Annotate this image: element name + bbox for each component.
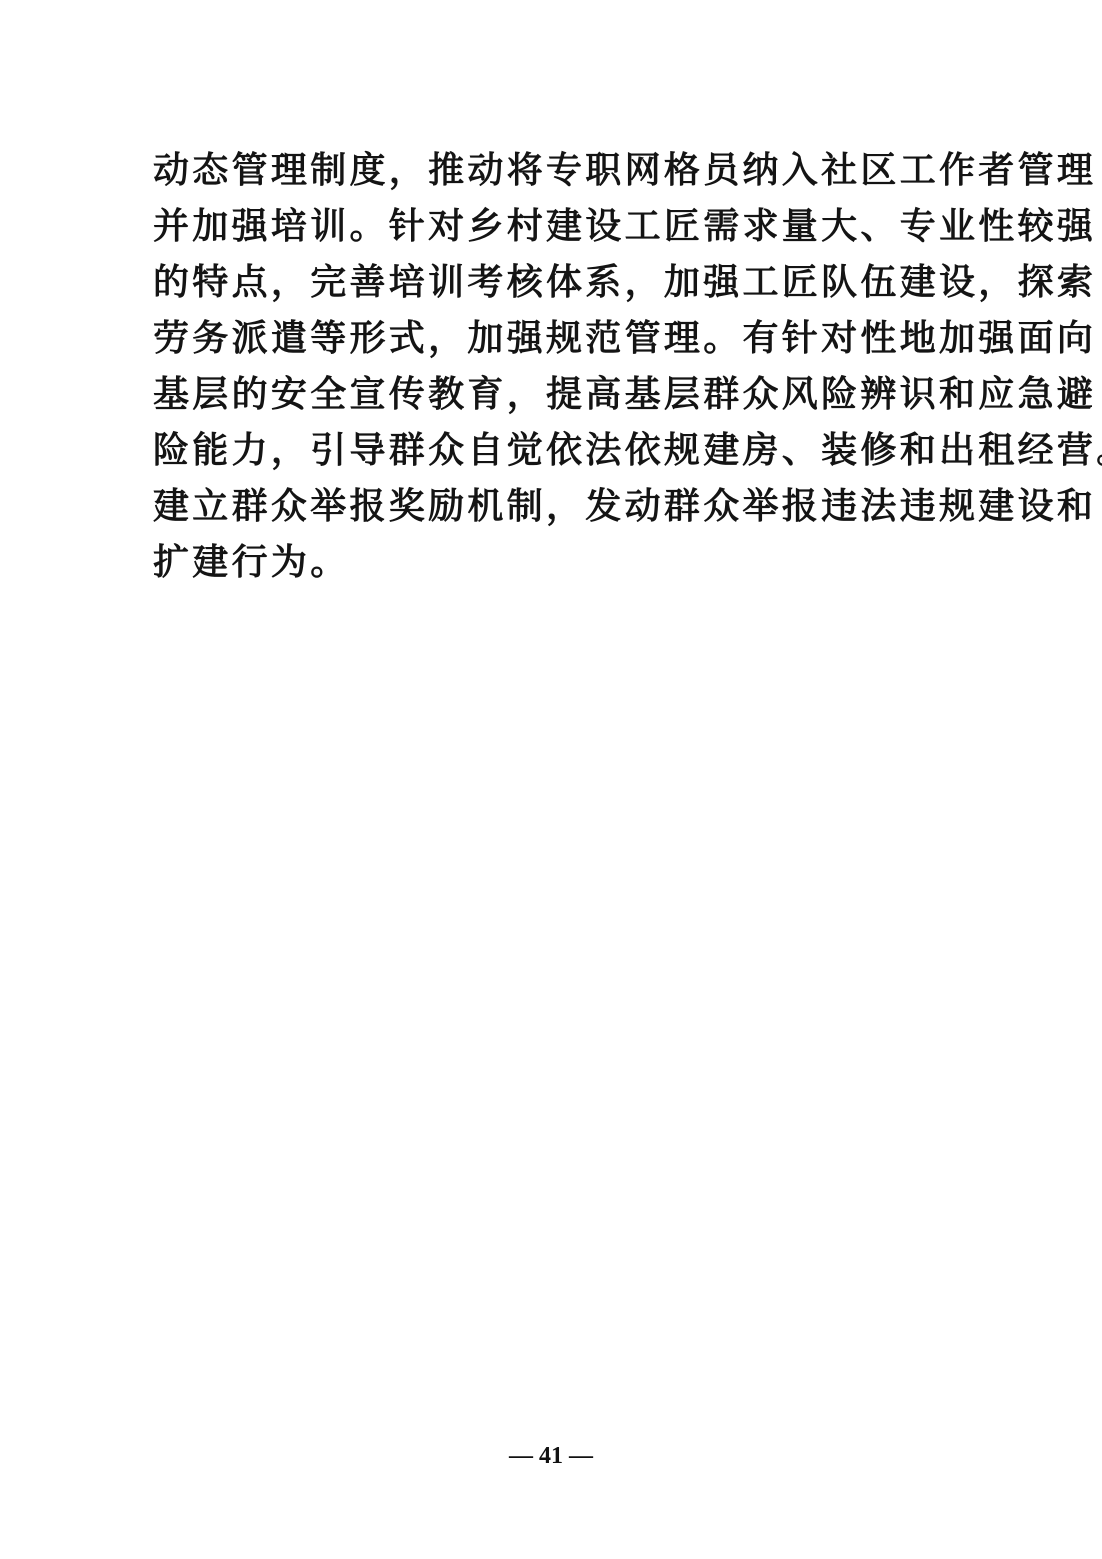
paragraph-line-7: 建立群众举报奖励机制，发动群众举报违法违规建设和 (153, 478, 953, 534)
paragraph-line-1: 动态管理制度，推动将专职网格员纳入社区工作者管理 (153, 142, 953, 198)
document-page: 动态管理制度，推动将专职网格员纳入社区工作者管理 并加强培训。针对乡村建设工匠需… (0, 0, 1102, 1559)
page-number: — 41 — (0, 1440, 1102, 1472)
paragraph-line-8: 扩建行为。 (153, 534, 953, 590)
body-paragraph: 动态管理制度，推动将专职网格员纳入社区工作者管理 并加强培训。针对乡村建设工匠需… (153, 142, 953, 590)
paragraph-line-3: 的特点，完善培训考核体系，加强工匠队伍建设，探索 (153, 254, 953, 310)
paragraph-line-2: 并加强培训。针对乡村建设工匠需求量大、专业性较强 (153, 198, 953, 254)
paragraph-line-6: 险能力，引导群众自觉依法依规建房、装修和出租经营。 (153, 422, 953, 478)
paragraph-line-5: 基层的安全宣传教育，提高基层群众风险辨识和应急避 (153, 366, 953, 422)
paragraph-line-4: 劳务派遣等形式，加强规范管理。有针对性地加强面向 (153, 310, 953, 366)
